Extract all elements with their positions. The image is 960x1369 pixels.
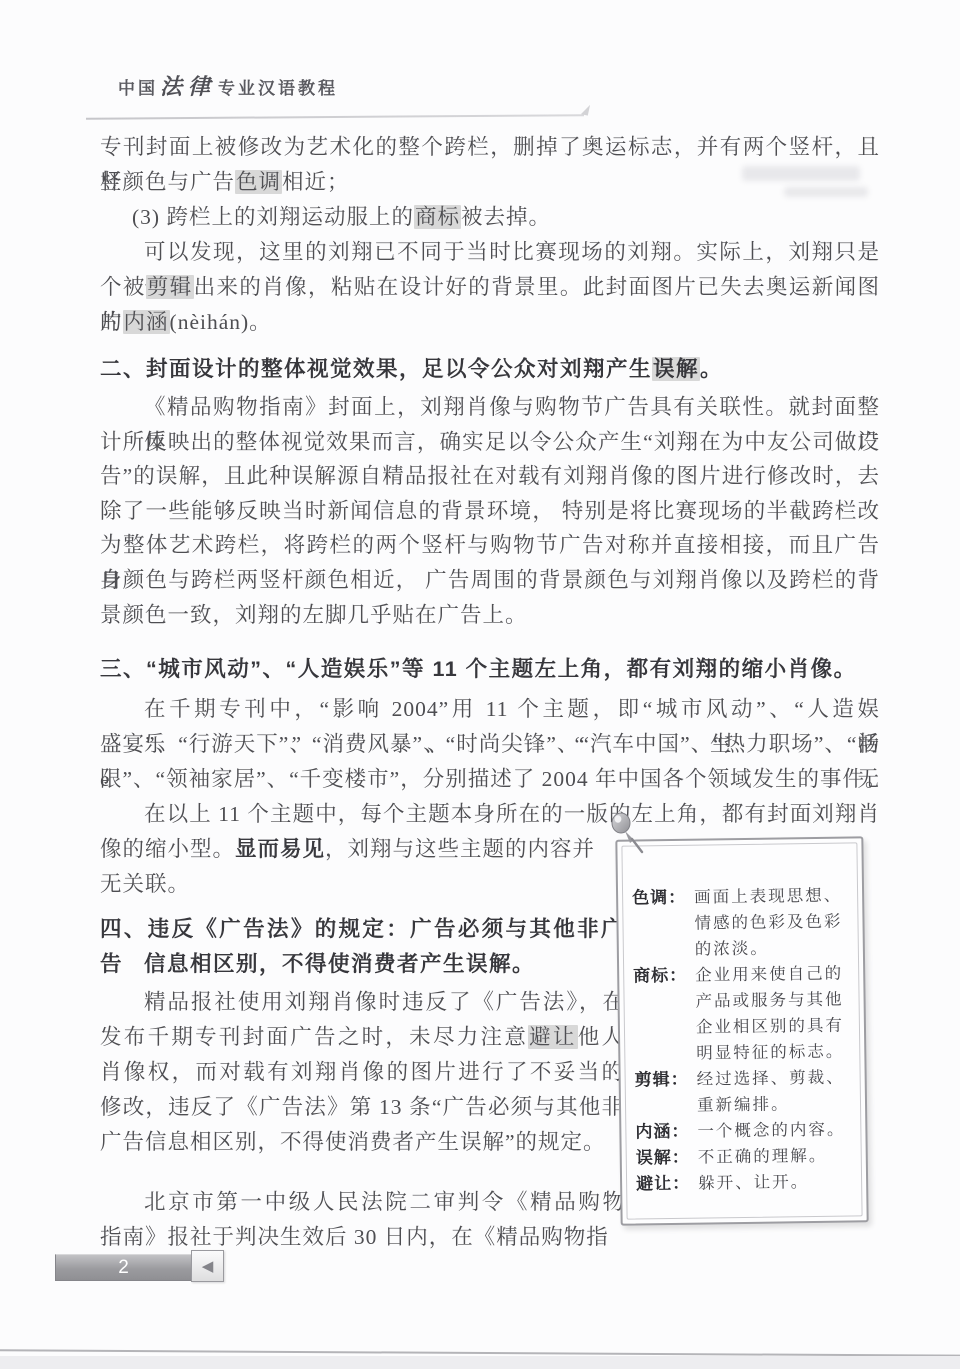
header-title-cursive: 法律 <box>158 74 218 99</box>
note-entry: 剪辑： 经过选择、剪裁、重新编排。 <box>634 1064 855 1119</box>
highlighted-term: 商标 <box>414 205 461 229</box>
body-line: 限”、“领袖家居”、“千变楼市”，分别描述了 2004 年中国各个领域发生的事件… <box>100 762 887 797</box>
note-term: 色调： <box>632 885 694 912</box>
text-run: ，刘翔与这些主题的内容并 <box>325 837 595 861</box>
body-line: 精品报社使用刘翔肖像时违反了《广告法》，在 <box>144 985 625 1020</box>
note-term: 误解： <box>636 1145 698 1172</box>
note-definition: 经过选择、剪裁、重新编排。 <box>696 1064 855 1118</box>
text-run: 相近； <box>282 170 350 194</box>
note-entry: 色调： 画面上表现思想、情感的色彩及色彩的浓淡。 <box>632 882 853 963</box>
bold-phrase: 显而易见 <box>235 837 325 861</box>
body-line: 无关联。 <box>100 867 190 902</box>
note-term: 避让： <box>636 1171 698 1198</box>
body-line: 在以上 11 个主题中，每个主题本身所在的一版的左上角，都有封面刘翔肖 <box>144 797 880 832</box>
scan-margin <box>0 1356 960 1369</box>
highlighted-term: 误解 <box>652 357 700 381</box>
text-run: 。 <box>700 357 723 381</box>
header-title-prefix: 中国 <box>118 79 158 98</box>
body-line: 除了一些能够反映当时新闻信息的背景环境， 特别是将比赛现场的半截跨栏改 <box>100 494 880 529</box>
body-line: 北京市第一中级人民法院二审判令《精品购物 <box>144 1185 625 1220</box>
note-entry: 避让： 躲开、让开。 <box>636 1168 856 1197</box>
pushpin-icon <box>604 810 648 862</box>
header-rule-tip <box>581 103 590 115</box>
body-line: 修改，违反了《广告法》第 13 条“广告必须与其他非 <box>100 1090 624 1125</box>
highlighted-term: 色调 <box>235 170 282 194</box>
body-line: 杆颜色与广告色调相近； <box>100 165 350 200</box>
section-heading-3: 三、“城市风动”、“人造娱乐”等 11 个主题左上角，都有刘翔的缩小肖像。 <box>100 652 857 687</box>
text-run: 被去掉。 <box>461 205 551 229</box>
text-run: 发布千期专刊封面广告之时，未尽力注意 <box>100 1025 528 1049</box>
text-run: 杆颜色与广告 <box>100 170 235 194</box>
header-rule <box>86 114 584 119</box>
page-number-bar: 2 <box>55 1254 193 1281</box>
body-line: 像的缩小型。显而易见，刘翔与这些主题的内容并 <box>100 832 595 867</box>
body-line: 广告信息相区别，不得使消费者产生误解”的规定。 <box>100 1125 606 1160</box>
highlighted-term: 剪辑 <box>146 275 194 299</box>
note-entries: 色调： 画面上表现思想、情感的色彩及色彩的浓淡。 商标： 企业用来使自己的产品或… <box>632 882 856 1197</box>
note-term: 商标： <box>633 963 695 990</box>
scanned-textbook-page: 中国法律专业汉语教程 专刊封面上被修改为艺术化的整个跨栏，删掉了奥运标志，并有两… <box>0 0 960 1369</box>
text-run: 个被 <box>100 275 146 299</box>
note-definition: 不正确的理解。 <box>698 1142 856 1170</box>
text-run: 的 <box>100 310 123 334</box>
body-line: 告”的误解，且此种误解源自精品报社在对载有刘翔肖像的图片进行修改时，去 <box>100 459 880 494</box>
note-definition: 一个概念的内容。 <box>697 1116 855 1144</box>
note-term: 内涵： <box>635 1119 697 1146</box>
text-run: 二、封面设计的整体视觉效果，足以令公众对刘翔产生 <box>100 357 652 381</box>
body-line: 的内涵(nèihán)。 <box>100 305 272 340</box>
highlighted-term: 内涵 <box>123 310 170 334</box>
page-number: 2 <box>118 1257 130 1279</box>
page-header: 中国法律专业汉语教程 <box>118 70 338 101</box>
body-line: (3) 跨栏上的刘翔运动服上的商标被去掉。 <box>132 200 551 235</box>
text-run: 像的缩小型。 <box>100 837 235 861</box>
note-term: 剪辑： <box>634 1067 696 1094</box>
back-arrow-icon: ◀ <box>202 1259 214 1274</box>
section-heading-4-line2: 信息相区别，不得使消费者产生误解。 <box>144 947 535 982</box>
note-definition: 企业用来使自己的产品或服务与其他企业相区别的具有明显特征的标志。 <box>695 960 854 1066</box>
highlighted-term: 避让 <box>528 1025 578 1049</box>
text-run: (3) 跨栏上的刘翔运动服上的 <box>132 205 414 229</box>
body-line: 身颜色与跨栏两竖杆颜色相近， 广告周围的背景颜色与刘翔肖像以及跨栏的背 <box>100 563 880 598</box>
note-definition: 躲开、让开。 <box>698 1168 856 1196</box>
body-line: 肖像权，而对载有刘翔肖像的图片进行了不妥当的 <box>100 1055 624 1090</box>
back-button: ◀ <box>191 1250 224 1282</box>
body-line: 景颜色一致，刘翔的左脚几乎贴在广告上。 <box>100 598 528 633</box>
note-definition: 画面上表现思想、情感的色彩及色彩的浓淡。 <box>694 882 853 962</box>
header-title-suffix: 专业汉语教程 <box>218 79 338 98</box>
note-entry: 内涵： 一个概念的内容。 <box>635 1116 855 1145</box>
body-line: 发布千期专刊封面广告之时，未尽力注意避让他人 <box>100 1020 624 1055</box>
body-line: 计所反映出的整体视觉效果而言，确实足以令公众产生“刘翔在为中友公司做广 <box>100 425 880 460</box>
note-entry: 误解： 不正确的理解。 <box>636 1142 856 1171</box>
body-line: 指南》报社于判决生效后 30 日内，在《精品购物指 <box>100 1220 609 1255</box>
vocabulary-note-card: 色调： 画面上表现思想、情感的色彩及色彩的浓淡。 商标： 企业用来使自己的产品或… <box>615 836 868 1225</box>
text-run: (nèihán)。 <box>170 310 272 334</box>
section-heading-2: 二、封面设计的整体视觉效果，足以令公众对刘翔产生误解。 <box>100 352 723 387</box>
note-entry: 商标： 企业用来使自己的产品或服务与其他企业相区别的具有明显特征的标志。 <box>633 960 854 1067</box>
